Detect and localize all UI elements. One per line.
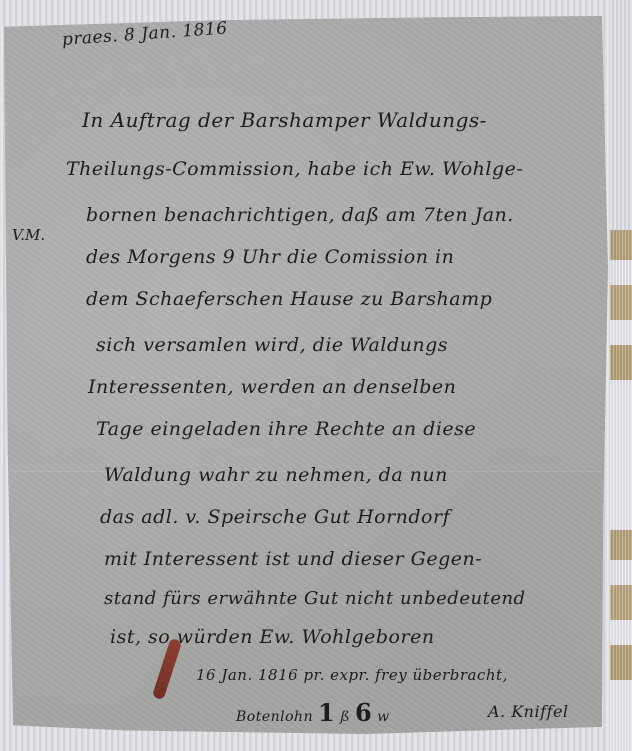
- fabric-background-top-right: [610, 0, 632, 230]
- body-line-12: stand fürs erwähnte Gut nicht unbedeuten…: [104, 588, 526, 609]
- body-line-1: In Auftrag der Barshamper Waldungs-: [82, 108, 487, 132]
- body-line-2: Theilungs-Commission, habe ich Ew. Wohlg…: [66, 158, 523, 180]
- body-line-11: mit Interessent ist und dieser Gegen-: [104, 548, 482, 570]
- footer-receipt-line: 16 Jan. 1816 pr. expr. frey überbracht,: [196, 666, 508, 684]
- body-line-9: Waldung wahr zu nehmen, da nun: [104, 464, 448, 486]
- body-line-10: das adl. v. Speirsche Gut Horndorf: [100, 506, 450, 528]
- body-line-8: Tage eingeladen ihre Rechte an diese: [96, 418, 476, 440]
- margin-note: V.M.: [12, 226, 45, 244]
- body-line-4: des Morgens 9 Uhr die Comission in: [86, 246, 454, 268]
- signature: A. Kniffel: [488, 702, 569, 721]
- fee-amount-1: 1: [318, 698, 335, 727]
- fee-label: Botenlohn: [236, 709, 313, 725]
- body-line-6: sich versamlen wird, die Waldungs: [96, 334, 448, 356]
- body-line-3: bornen benachrichtigen, daß am 7ten Jan.: [86, 204, 514, 226]
- fee-unit: ß: [340, 709, 350, 725]
- footer-fee-line: Botenlohn 1 ß 6 w: [236, 698, 390, 727]
- fee-amount-2: 6: [355, 698, 372, 727]
- body-line-13: ist, so würden Ew. Wohlgeboren: [110, 626, 435, 648]
- body-line-5: dem Schaeferschen Hause zu Barshamp: [86, 288, 492, 310]
- fee-suffix: w: [377, 709, 389, 725]
- body-line-7: Interessenten, werden an denselben: [88, 376, 456, 398]
